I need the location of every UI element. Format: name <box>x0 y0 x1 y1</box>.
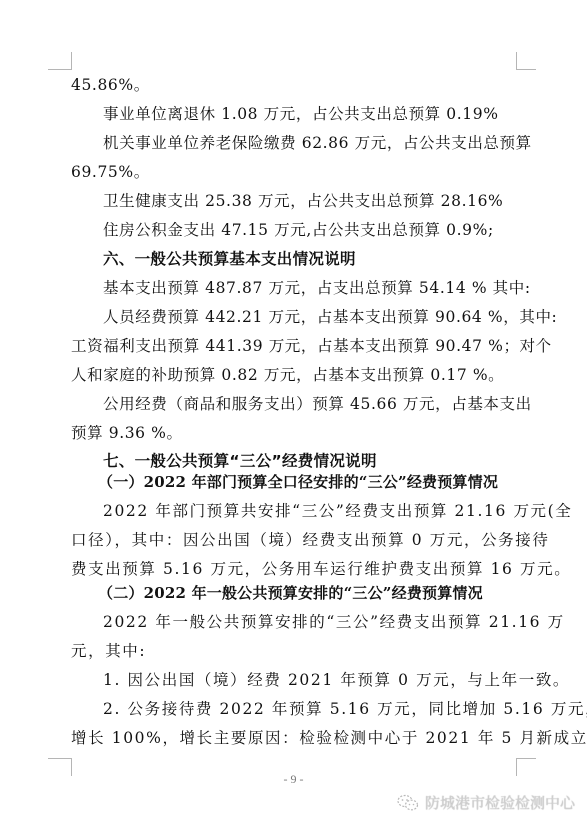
section-heading: 七、一般公共预算“三公”经费情况说明 <box>103 451 377 471</box>
page-number: - 9 - <box>0 772 587 787</box>
paragraph-line: 费支出预算 5.16 万元，公务用车运行维护费支出预算 16 万元。 <box>71 559 571 579</box>
paragraph-line: 公用经费（商品和服务支出）预算 45.66 万元，占基本支出 <box>103 394 532 414</box>
paragraph-line: 增长 100%，增长主要原因：检验检测中心于 2021 年 5 月新成立， <box>71 728 587 748</box>
watermark: 防城港市检验检测中心 <box>397 792 575 813</box>
watermark-text: 防城港市检验检测中心 <box>425 792 575 813</box>
subsection-heading: （一）2022 年部门预算全口径安排的“三公”经费预算情况 <box>98 472 498 492</box>
paragraph-line: 工资福利支出预算 441.39 万元，占基本支出预算 90.47 %；对个 <box>71 336 552 356</box>
paragraph-line: 69.75%。 <box>71 162 150 182</box>
paragraph-line: 人和家庭的补助预算 0.82 万元，占基本支出预算 0.17 %。 <box>71 365 504 385</box>
paragraph-line: 卫生健康支出 25.38 万元，占公共支出总预算 28.16% <box>103 191 503 211</box>
paragraph-line: 预算 9.36 %。 <box>71 423 183 443</box>
corner-mark-top-right <box>516 52 536 70</box>
paragraph-line: 人员经费预算 442.21 万元，占基本支出预算 90.64 %，其中: <box>103 307 557 327</box>
paragraph-line: 45.86%。 <box>71 75 150 95</box>
wechat-icon <box>397 794 419 812</box>
paragraph-line: 2022 年部门预算共安排“三公”经费支出预算 21.16 万元(全 <box>103 501 572 521</box>
paragraph-line: 机关事业单位养老保险缴费 62.86 万元，占公共支出总预算 <box>103 133 532 153</box>
paragraph-line: 口径），其中：因公出国（境）经费支出预算 0 万元，公务接待 <box>71 530 549 550</box>
corner-mark-top-left <box>48 52 72 70</box>
paragraph-line: 住房公积金支出 47.15 万元,占公共支出总预算 0.9%; <box>103 220 494 240</box>
paragraph-line: 基本支出预算 487.87 万元，占支出总预算 54.14 % 其中: <box>103 278 531 298</box>
paragraph-line: 2022 年一般公共预算安排的“三公”经费支出预算 21.16 万 <box>103 612 565 632</box>
paragraph-line: 元，其中: <box>71 641 146 661</box>
list-item: 2. 公务接待费 2022 年预算 5.16 万元，同比增加 5.16 万元， <box>103 699 587 719</box>
list-item: 1. 因公出国（境）经费 2021 年预算 0 万元，与上年一致。 <box>103 670 570 690</box>
subsection-heading: （二）2022 年一般公共预算安排的“三公”经费预算情况 <box>98 583 483 603</box>
paragraph-line: 事业单位离退休 1.08 万元，占公共支出总预算 0.19% <box>103 104 499 124</box>
section-heading: 六、一般公共预算基本支出情况说明 <box>103 249 356 269</box>
